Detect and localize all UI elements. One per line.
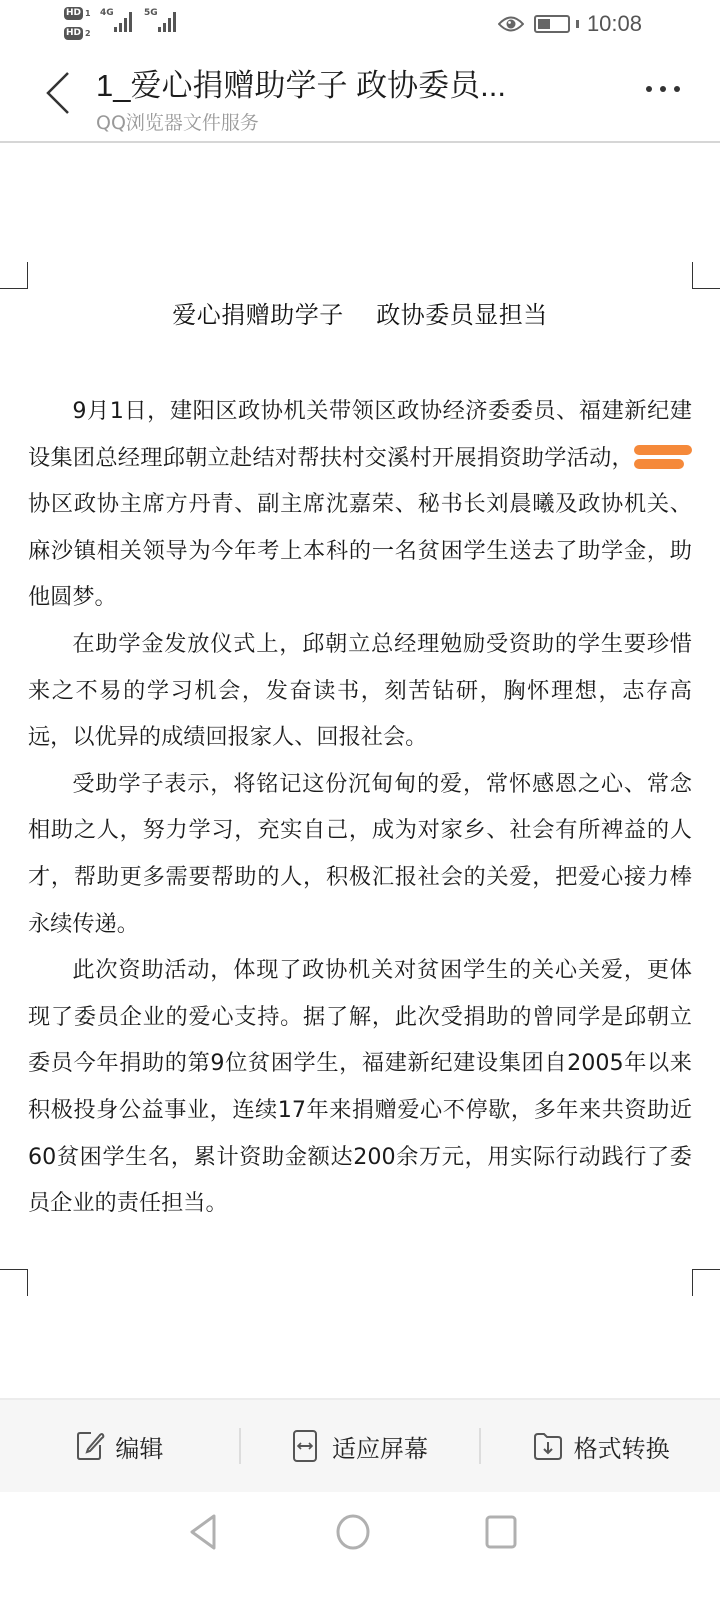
paragraph: 受助学子表示，将铭记这份沉甸甸的爱，常怀感恩之心、常念相助之人，努力学习，充实自…: [28, 761, 692, 947]
bottom-toolbar: 编辑 适应屏幕 格式转换: [0, 1398, 720, 1492]
hd-badge: HD: [64, 27, 83, 40]
back-triangle-icon[interactable]: [186, 1512, 220, 1552]
paragraph: 9月1日，建阳区政协机关带领区政协经济委委员、福建新纪建设集团总经理邱朝立赴结对…: [28, 388, 692, 621]
battery-tip: [576, 20, 579, 28]
sim-indicators: HD 1 HD 2: [64, 5, 91, 45]
document-source: QQ浏览器文件服务: [96, 108, 259, 135]
fit-screen-button[interactable]: 适应屏幕: [241, 1426, 480, 1466]
page-corner-mark: [0, 262, 28, 289]
format-convert-icon: [532, 1431, 564, 1461]
battery-icon: [534, 15, 570, 33]
edit-button[interactable]: 编辑: [0, 1426, 239, 1466]
fit-screen-label: 适应屏幕: [332, 1429, 428, 1464]
edit-icon: [75, 1430, 105, 1462]
sim2-number: 2: [85, 29, 91, 38]
sim2-hd-indicator: HD 2: [64, 25, 91, 42]
sim1-hd-indicator: HD 1: [64, 5, 91, 22]
format-convert-button[interactable]: 格式转换: [481, 1426, 720, 1466]
page-corner-mark: [692, 1269, 720, 1296]
page-corner-mark: [0, 1269, 28, 1296]
edit-label: 编辑: [115, 1429, 163, 1464]
redaction-mark: [634, 447, 692, 469]
article-title: 爱心捐赠助学子 政协委员显担当: [0, 295, 720, 330]
page-corner-mark: [692, 262, 720, 289]
clock: 10:08: [587, 11, 642, 37]
sim1-number: 1: [85, 9, 91, 18]
eye-comfort-icon: [498, 15, 524, 33]
paragraph-text: 9月1日，建阳区政协机关带领区政协经济委委员、福建新纪建设集团总经理邱朝立赴结对…: [28, 398, 692, 471]
home-circle-icon[interactable]: [334, 1512, 372, 1552]
recents-square-icon[interactable]: [484, 1512, 518, 1552]
network-type-4g: 4G: [100, 8, 114, 18]
fit-screen-icon: [292, 1429, 318, 1463]
more-dots-icon: [646, 86, 652, 92]
article-body: 9月1日，建阳区政协机关带领区政协经济委委员、福建新纪建设集团总经理邱朝立赴结对…: [28, 388, 692, 1227]
system-nav-bar: [0, 1492, 720, 1600]
status-right: 10:08: [498, 0, 720, 48]
signal-strength-icon: [158, 12, 176, 32]
network-type-5g: 5G: [144, 8, 158, 18]
more-options-button[interactable]: [646, 86, 680, 92]
document-viewer[interactable]: 爱心捐赠助学子 政协委员显担当 9月1日，建阳区政协机关带领区政协经济委委员、福…: [0, 145, 720, 1398]
more-dots-icon: [660, 86, 666, 92]
paragraph: 在助学金发放仪式上，邱朝立总经理勉励受资助的学生要珍惜来之不易的学习机会，发奋读…: [28, 621, 692, 761]
back-button[interactable]: [38, 68, 78, 118]
paragraph-text: 协区政协主席方丹青、副主席沈嘉荣、秘书长刘晨曦及政协机关、麻沙镇相关领导为今年考…: [28, 491, 692, 610]
more-dots-icon: [674, 86, 680, 92]
signal-strength-icon: [114, 12, 132, 32]
status-bar: HD 1 HD 2 4G 5G 10:08: [0, 0, 720, 48]
hd-badge: HD: [64, 7, 83, 20]
document-title: 1_爱心捐赠助学子 政协委员...: [96, 60, 506, 105]
format-convert-label: 格式转换: [574, 1429, 670, 1464]
app-header: 1_爱心捐赠助学子 政协委员... QQ浏览器文件服务: [0, 48, 720, 143]
paragraph: 此次资助活动，体现了政协机关对贫困学生的关心关爱，更体现了委员企业的爱心支持。据…: [28, 947, 692, 1227]
chevron-left-icon: [38, 68, 78, 118]
